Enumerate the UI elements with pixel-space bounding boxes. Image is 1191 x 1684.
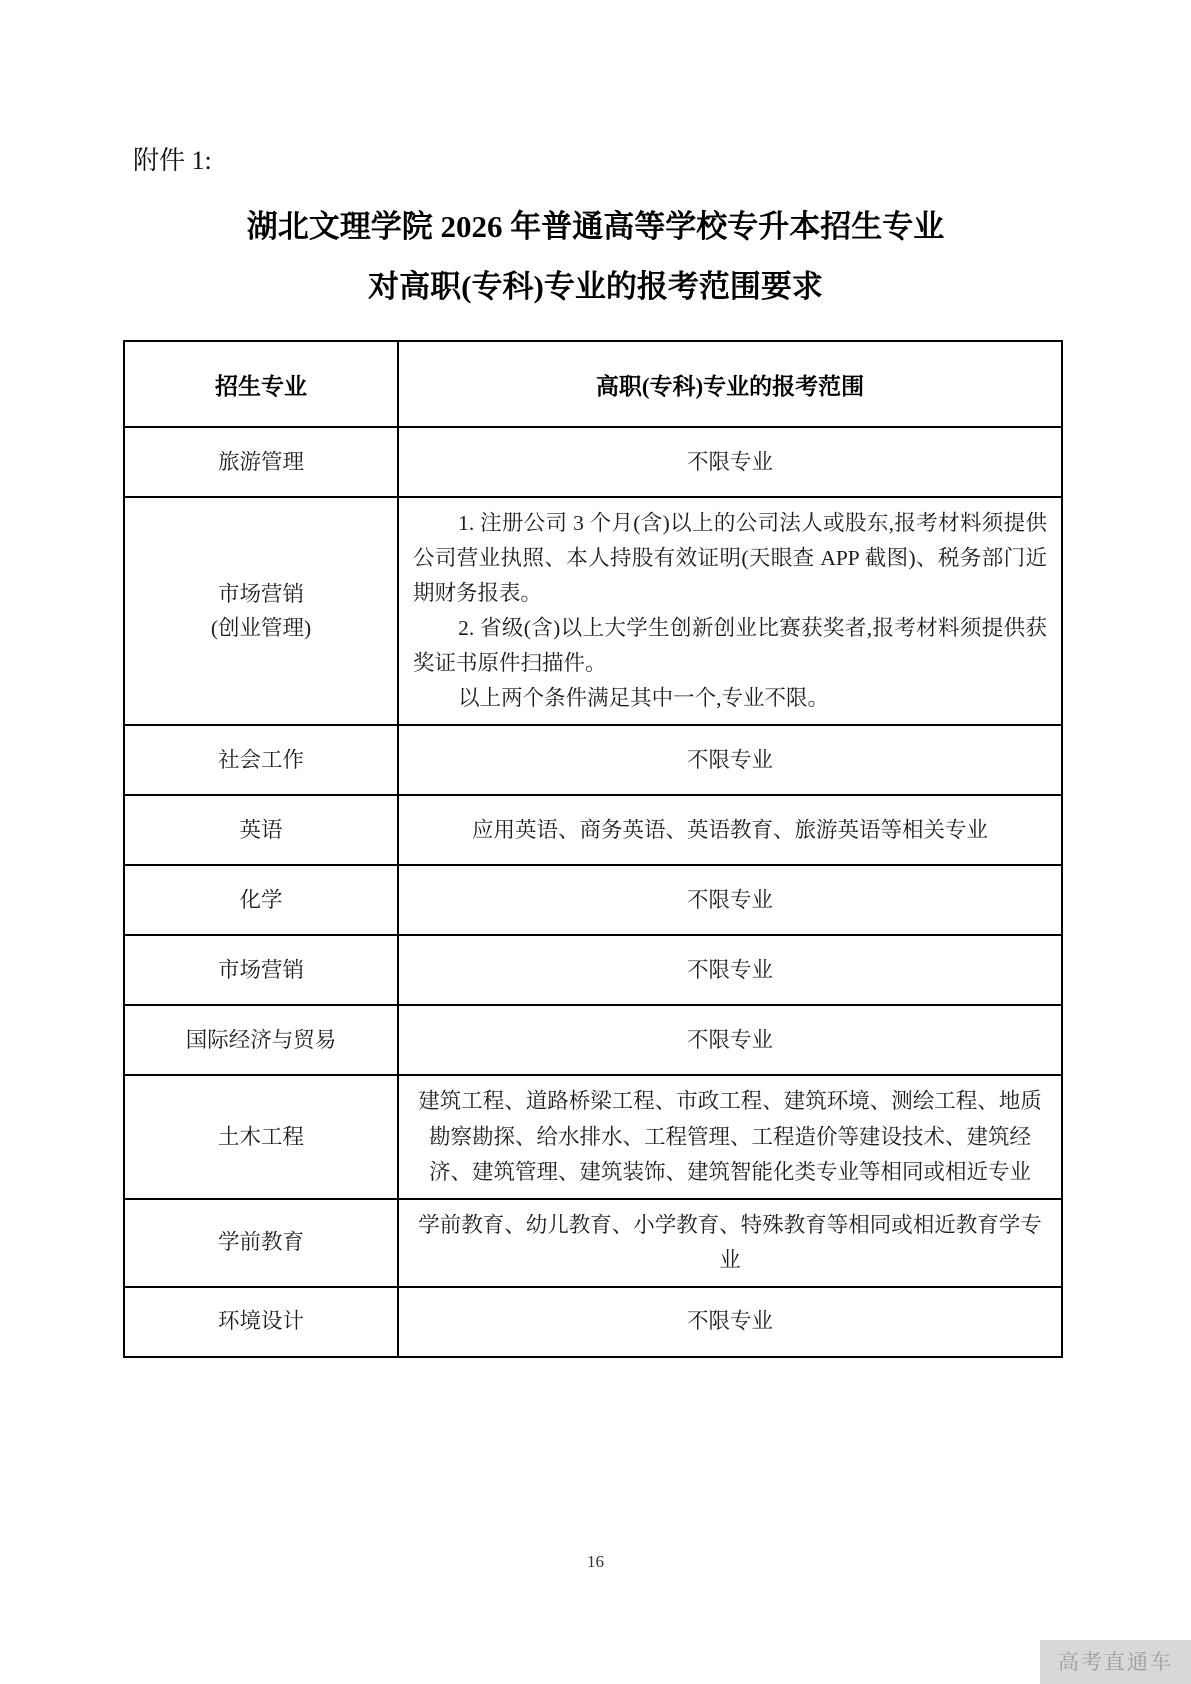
major-cell: 国际经济与贸易 <box>124 1005 398 1075</box>
doc-title-line1: 湖北文理学院 2026 年普通高等学校专升本招生专业 <box>60 209 1131 245</box>
scope-cell: 不限专业 <box>398 1287 1062 1357</box>
attachment-label: 附件 1: <box>133 140 1191 177</box>
scope-paragraph: 不限专业 <box>413 1023 1047 1058</box>
major-label: 市场营销 <box>133 577 389 611</box>
major-label: 化学 <box>133 883 389 917</box>
scope-paragraph: 2. 省级(含)以上大学生创新创业比赛获奖者,报考材料须提供获奖证书原件扫描件。 <box>413 611 1047 681</box>
table-row: 环境设计不限专业 <box>124 1287 1062 1357</box>
major-cell: 英语 <box>124 795 398 865</box>
scope-cell: 学前教育、幼儿教育、小学教育、特殊教育等相同或相近教育学专业 <box>398 1199 1062 1287</box>
scope-paragraph: 不限专业 <box>413 445 1047 480</box>
major-label: 社会工作 <box>133 743 389 777</box>
table-row: 学前教育学前教育、幼儿教育、小学教育、特殊教育等相同或相近教育学专业 <box>124 1199 1062 1287</box>
header-major-column: 招生专业 <box>124 341 398 427</box>
scope-cell: 不限专业 <box>398 1005 1062 1075</box>
scope-cell: 不限专业 <box>398 725 1062 795</box>
admission-scope-table: 招生专业 高职(专科)专业的报考范围 旅游管理不限专业市场营销(创业管理)1. … <box>123 340 1063 1357</box>
major-label: 环境设计 <box>133 1304 389 1338</box>
major-label: 土木工程 <box>133 1120 389 1154</box>
scope-cell: 应用英语、商务英语、英语教育、旅游英语等相关专业 <box>398 795 1062 865</box>
scope-paragraph: 不限专业 <box>413 1304 1047 1339</box>
table-row: 英语应用英语、商务英语、英语教育、旅游英语等相关专业 <box>124 795 1062 865</box>
table-row: 市场营销(创业管理)1. 注册公司 3 个月(含)以上的公司法人或股东,报考材料… <box>124 497 1062 725</box>
scope-paragraph: 1. 注册公司 3 个月(含)以上的公司法人或股东,报考材料须提供公司营业执照、… <box>413 506 1047 611</box>
scope-cell: 不限专业 <box>398 865 1062 935</box>
scope-cell: 1. 注册公司 3 个月(含)以上的公司法人或股东,报考材料须提供公司营业执照、… <box>398 497 1062 725</box>
scope-paragraph: 学前教育、幼儿教育、小学教育、特殊教育等相同或相近教育学专业 <box>413 1208 1047 1278</box>
major-label: 市场营销 <box>133 953 389 987</box>
major-label: 旅游管理 <box>133 445 389 479</box>
table-row: 国际经济与贸易不限专业 <box>124 1005 1062 1075</box>
page-number: 16 <box>0 1552 1191 1572</box>
scope-paragraph: 不限专业 <box>413 953 1047 988</box>
table-row: 化学不限专业 <box>124 865 1062 935</box>
major-cell: 学前教育 <box>124 1199 398 1287</box>
scope-paragraph: 应用英语、商务英语、英语教育、旅游英语等相关专业 <box>413 813 1047 848</box>
scope-paragraph: 不限专业 <box>413 743 1047 778</box>
table-row: 旅游管理不限专业 <box>124 427 1062 497</box>
scope-cell: 不限专业 <box>398 935 1062 1005</box>
table-row: 社会工作不限专业 <box>124 725 1062 795</box>
table-body: 旅游管理不限专业市场营销(创业管理)1. 注册公司 3 个月(含)以上的公司法人… <box>124 427 1062 1356</box>
watermark-badge: 高考直通车 <box>1040 1640 1191 1684</box>
major-cell: 化学 <box>124 865 398 935</box>
scope-cell: 不限专业 <box>398 427 1062 497</box>
major-cell: 市场营销 <box>124 935 398 1005</box>
document-page: 附件 1: 湖北文理学院 2026 年普通高等学校专升本招生专业 对高职(专科)… <box>0 0 1191 1684</box>
major-cell: 环境设计 <box>124 1287 398 1357</box>
major-cell: 旅游管理 <box>124 427 398 497</box>
scope-paragraph: 建筑工程、道路桥梁工程、市政工程、建筑环境、测绘工程、地质勘察勘探、给水排水、工… <box>413 1084 1047 1189</box>
scope-paragraph: 不限专业 <box>413 883 1047 918</box>
major-label: 学前教育 <box>133 1225 389 1259</box>
major-label: (创业管理) <box>133 611 389 645</box>
header-scope-column: 高职(专科)专业的报考范围 <box>398 341 1062 427</box>
major-cell: 社会工作 <box>124 725 398 795</box>
table-header-row: 招生专业 高职(专科)专业的报考范围 <box>124 341 1062 427</box>
major-cell: 市场营销(创业管理) <box>124 497 398 725</box>
scope-paragraph: 以上两个条件满足其中一个,专业不限。 <box>413 681 1047 716</box>
major-label: 国际经济与贸易 <box>133 1023 389 1057</box>
doc-title-line2: 对高职(专科)专业的报考范围要求 <box>60 269 1131 305</box>
scope-cell: 建筑工程、道路桥梁工程、市政工程、建筑环境、测绘工程、地质勘察勘探、给水排水、工… <box>398 1075 1062 1198</box>
table-row: 市场营销不限专业 <box>124 935 1062 1005</box>
major-label: 英语 <box>133 813 389 847</box>
major-cell: 土木工程 <box>124 1075 398 1198</box>
table-row: 土木工程建筑工程、道路桥梁工程、市政工程、建筑环境、测绘工程、地质勘察勘探、给水… <box>124 1075 1062 1198</box>
